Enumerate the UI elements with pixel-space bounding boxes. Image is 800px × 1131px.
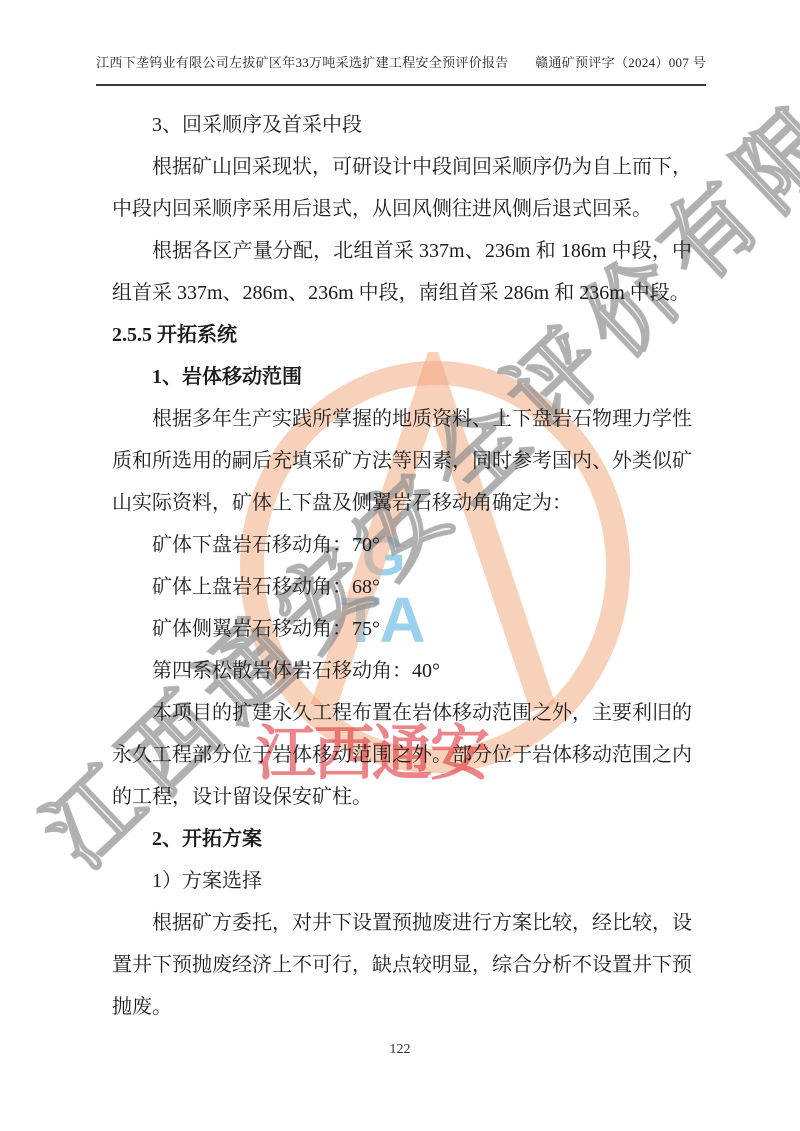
paragraph: 根据矿方委托，对井下设置预抛废进行方案比较，经比较，设置井下预抛废经济上不可行，…: [112, 902, 692, 1028]
paragraph: 3、回采顺序及首采中段: [112, 104, 692, 146]
page-header: 江西下垄钨业有限公司左拔矿区年33万吨采选扩建工程安全预评价报告 赣通矿预评字（…: [96, 52, 706, 71]
paragraph: 2、开拓方案: [112, 818, 692, 860]
paragraph: 1、岩体移动范围: [112, 356, 692, 398]
paragraph: 第四系松散岩体岩石移动角：40°: [112, 650, 692, 692]
document-page: G TA 江西通安安全评价有限公司 江西通安 江西下垄钨业有限公司左拔矿区年33…: [0, 0, 800, 1131]
page-number: 122: [0, 1042, 800, 1058]
paragraph: 本项目的扩建永久工程布置在岩体移动范围之外，主要利旧的永久工程部分位于岩体移动范…: [112, 692, 692, 818]
header-document-number: 赣通矿预评字（2024）007 号: [535, 52, 706, 71]
paragraph: 矿体下盘岩石移动角：70°: [112, 524, 692, 566]
document-body: 3、回采顺序及首采中段根据矿山回采现状，可研设计中段间回采顺序仍为自上而下，中段…: [112, 104, 692, 1028]
paragraph: 1）方案选择: [112, 860, 692, 902]
header-report-title: 江西下垄钨业有限公司左拔矿区年33万吨采选扩建工程安全预评价报告: [96, 52, 509, 71]
paragraph: 根据矿山回采现状，可研设计中段间回采顺序仍为自上而下，中段内回采顺序采用后退式，…: [112, 146, 692, 230]
header-rule: [96, 84, 706, 86]
paragraph: 根据多年生产实践所掌握的地质资料、上下盘岩石物理力学性质和所选用的嗣后充填采矿方…: [112, 398, 692, 524]
paragraph: 根据各区产量分配，北组首采 337m、236m 和 186m 中段，中组首采 3…: [112, 230, 692, 314]
paragraph: 2.5.5 开拓系统: [112, 314, 692, 356]
paragraph: 矿体侧翼岩石移动角：75°: [112, 608, 692, 650]
paragraph: 矿体上盘岩石移动角：68°: [112, 566, 692, 608]
